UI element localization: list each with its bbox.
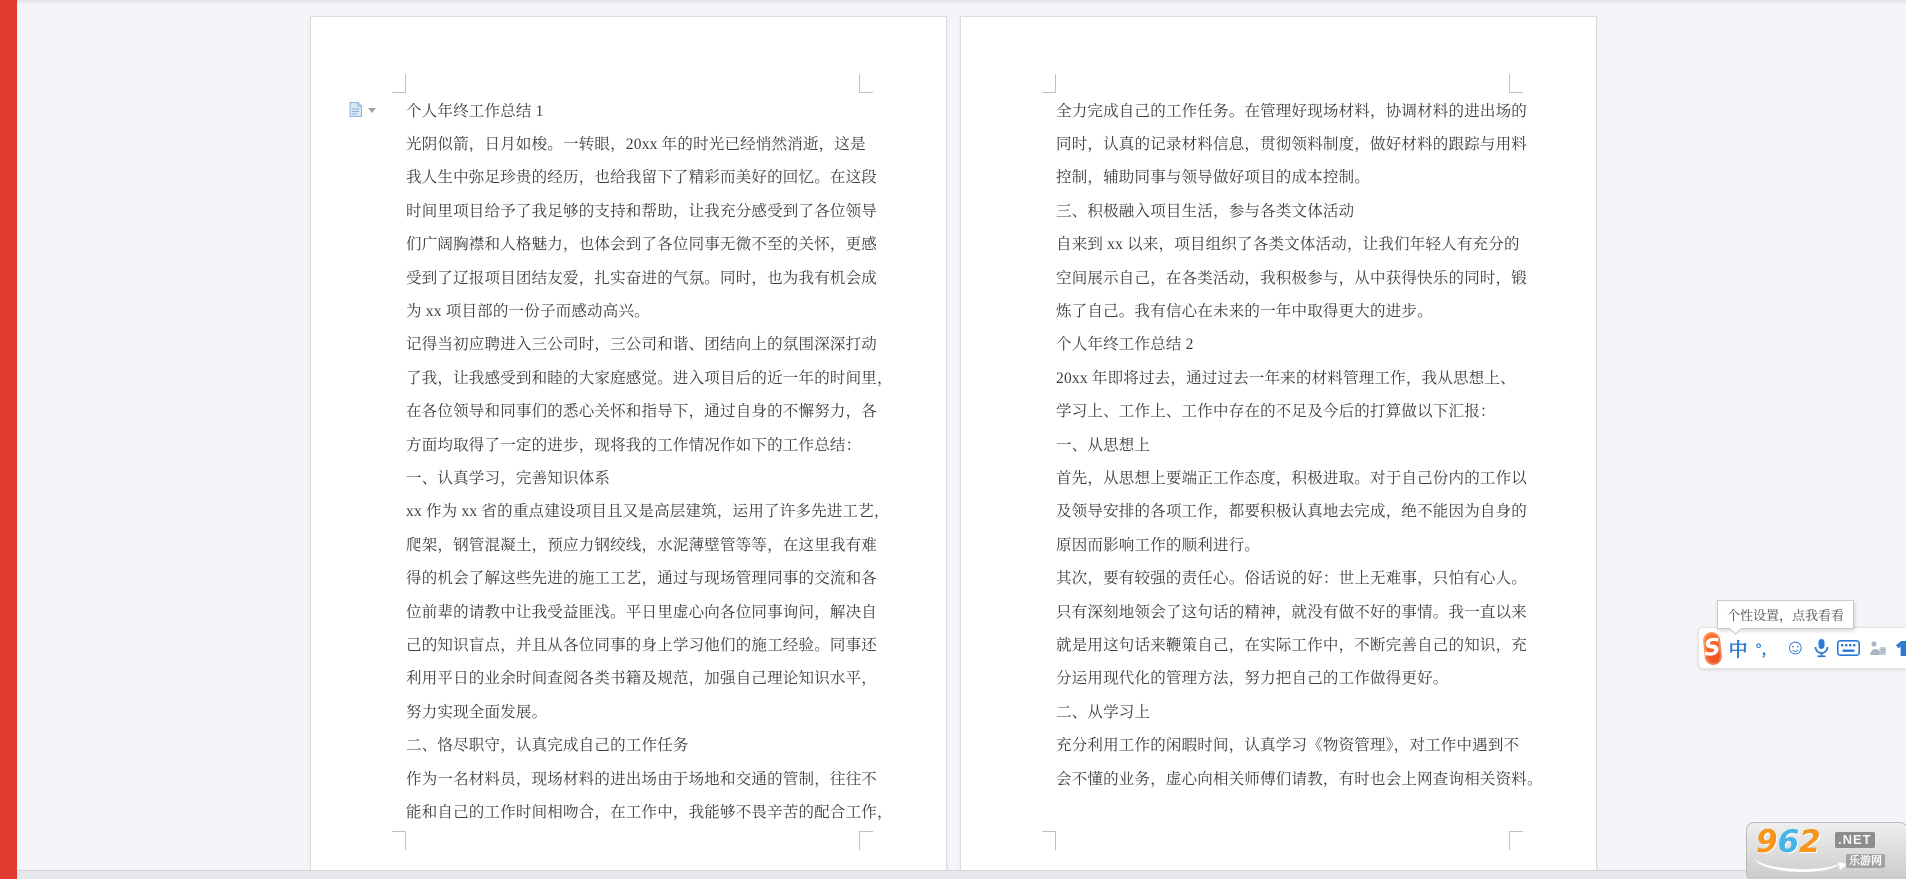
ime-tooltip-text: 个性设置，点我看看: [1727, 608, 1844, 623]
watermark-swoosh: [1754, 851, 1843, 873]
document-page-2[interactable]: 全力完成自己的工作任务。在管理好现场材料，协调材料的进出场的同时，认真的记录材料…: [960, 16, 1597, 871]
text-line: 利用平日的业余时间查阅各类书籍及规范，加强自己理论知识水平，: [406, 661, 864, 694]
text-line: 时间里项目给予了我足够的支持和帮助，让我充分感受到了各位领导: [406, 193, 864, 226]
text-line: 努力实现全面发展。: [406, 694, 864, 727]
text-line: 原因而影响工作的顺利进行。: [1056, 527, 1514, 560]
ime-tooltip[interactable]: 个性设置，点我看看: [1717, 600, 1854, 629]
text-line: 记得当初应聘进入三公司时，三公司和谐、团结向上的氛围深深打动: [406, 327, 864, 360]
text-line: 们广阔胸襟和人格魅力，也体会到了各位同事无微不至的关怀，更感: [406, 227, 864, 260]
watermark-net-label: .NET: [1835, 832, 1875, 848]
margin-mark-top-right: [1509, 74, 1523, 93]
text-line: 在各位领导和同事们的悉心关怀和指导下，通过自身的不懈努力，各: [406, 394, 864, 427]
margin-mark-top-left: [392, 74, 406, 93]
watermark-962net: 962 .NET 乐游网: [1746, 822, 1906, 879]
chevron-down-icon: [368, 108, 376, 113]
text-line: 三、积极融入项目生活，参与各类文体活动: [1056, 193, 1514, 226]
text-line: 同时，认真的记录材料信息，贯彻领料制度，做好材料的跟踪与用料: [1056, 126, 1514, 159]
top-shade: [0, 0, 1906, 5]
text-line: 方面均取得了一定的进步，现将我的工作情况作如下的工作总结：: [406, 427, 864, 460]
text-line: 个人年终工作总结 1: [406, 93, 864, 126]
text-line: 我人生中弥足珍贵的经历，也给我留下了精彩而美好的回忆。在这段: [406, 160, 864, 193]
text-line: 己的知识盲点，并且从各位同事的身上学习他们的施工经验。同事还: [406, 627, 864, 660]
text-line: 得的机会了解这些先进的施工工艺，通过与现场管理同事的交流和各: [406, 560, 864, 593]
text-line: 炼了自己。我有信心在未来的一年中取得更大的进步。: [1056, 293, 1514, 326]
text-line: 一、从思想上: [1056, 427, 1514, 460]
text-line: 会不懂的业务，虚心向相关师傅们请教，有时也会上网查询相关资料。: [1056, 761, 1514, 794]
margin-mark-bottom-left: [1042, 831, 1056, 850]
sogou-logo-icon[interactable]: S: [1702, 631, 1722, 666]
desktop-canvas: 个人年终工作总结 1光阴似箭，日月如梭。一转眼，20xx 年的时光已经悄然消逝，…: [0, 0, 1906, 879]
text-line: 充分利用工作的闲暇时间，认真学习《物资管理》，对工作中遇到不: [1056, 727, 1514, 760]
text-line: 20xx 年即将过去，通过过去一年来的材料管理工作，我从思想上、: [1056, 360, 1514, 393]
page2-text-column: 全力完成自己的工作任务。在管理好现场材料，协调材料的进出场的同时，认真的记录材料…: [1056, 93, 1514, 794]
text-line: xx 作为 xx 省的重点建设项目且又是高层建筑，运用了许多先进工艺，: [406, 494, 864, 527]
paragraph-options-button[interactable]: [347, 101, 376, 118]
text-line: 二、从学习上: [1056, 694, 1514, 727]
text-line: 学习上、工作上、工作中存在的不足及今后的打算做以下汇报：: [1056, 394, 1514, 427]
text-line: 分运用现代化的管理方法，努力把自己的工作做得更好。: [1056, 661, 1514, 694]
document-page-1[interactable]: 个人年终工作总结 1光阴似箭，日月如梭。一转眼，20xx 年的时光已经悄然消逝，…: [310, 16, 947, 871]
watermark-site-label: 乐游网: [1846, 854, 1885, 868]
bottom-edge-strip: [0, 870, 1906, 879]
chinese-mode-icon[interactable]: 中: [1729, 635, 1748, 662]
page1-text-column: 个人年终工作总结 1光阴似箭，日月如梭。一转眼，20xx 年的时光已经悄然消逝，…: [406, 93, 864, 828]
text-line: 位前辈的请教中让我受益匪浅。平日里虚心向各位同事询问，解决自: [406, 594, 864, 627]
text-line: 自来到 xx 以来，项目组织了各类文体活动，让我们年轻人有充分的: [1056, 227, 1514, 260]
text-line: 个人年终工作总结 2: [1056, 327, 1514, 360]
text-line: 为 xx 项目部的一份子而感动高兴。: [406, 293, 864, 326]
text-line: 了我，让我感受到和睦的大家庭感觉。进入项目后的近一年的时间里，: [406, 360, 864, 393]
text-line: 就是用这句话来鞭策自己，在实际工作中，不断完善自己的知识，充: [1056, 627, 1514, 660]
margin-mark-bottom-right: [859, 831, 873, 850]
text-line: 空间展示自己，在各类活动，我积极参与，从中获得快乐的同时，锻: [1056, 260, 1514, 293]
ime-toolbar[interactable]: S 中 °， ☺: [1698, 627, 1906, 669]
margin-mark-top-left: [1042, 74, 1056, 93]
text-line: 首先，从思想上要端正工作态度，积极进取。对于自己份内的工作以: [1056, 460, 1514, 493]
left-edge-red-window-sliver[interactable]: [0, 0, 17, 879]
text-line: 能和自己的工作时间相吻合，在工作中，我能够不畏辛苦的配合工作，: [406, 794, 864, 827]
text-line: 一、认真学习，完善知识体系: [406, 460, 864, 493]
margin-mark-top-right: [859, 74, 873, 93]
handwriting-gray-icon[interactable]: [1868, 640, 1887, 657]
text-line: 只有深刻地领会了这句话的精神，就没有做不好的事情。我一直以来: [1056, 594, 1514, 627]
text-line: 及领导安排的各项工作，都要积极认真地去完成，绝不能因为自身的: [1056, 494, 1514, 527]
text-line: 光阴似箭，日月如梭。一转眼，20xx 年的时光已经悄然消逝，这是: [406, 126, 864, 159]
text-line: 受到了辽报项目团结友爱，扎实奋进的气氛。同时，也为我有机会成: [406, 260, 864, 293]
text-line: 全力完成自己的工作任务。在管理好现场材料，协调材料的进出场的: [1056, 93, 1514, 126]
margin-mark-bottom-left: [392, 831, 406, 850]
text-line: 其次，要有较强的责任心。俗话说的好：世上无难事，只怕有心人。: [1056, 560, 1514, 593]
microphone-icon[interactable]: [1814, 638, 1829, 658]
punctuation-mode-icon[interactable]: °，: [1756, 638, 1777, 659]
text-line: 作为一名材料员，现场材料的进出场由于场地和交通的管制，往往不: [406, 761, 864, 794]
text-line: 控制，辅助同事与领导做好项目的成本控制。: [1056, 160, 1514, 193]
document-icon: [347, 101, 364, 118]
margin-mark-bottom-right: [1509, 831, 1523, 850]
text-line: 爬架，钢管混凝土，预应力钢绞线，水泥薄壁管等等，在这里我有难: [406, 527, 864, 560]
text-line: 二、恪尽职守，认真完成自己的工作任务: [406, 727, 864, 760]
emoji-icon[interactable]: ☺: [1785, 638, 1806, 658]
keyboard-icon[interactable]: [1837, 640, 1860, 656]
skin-tshirt-icon[interactable]: [1895, 640, 1906, 657]
